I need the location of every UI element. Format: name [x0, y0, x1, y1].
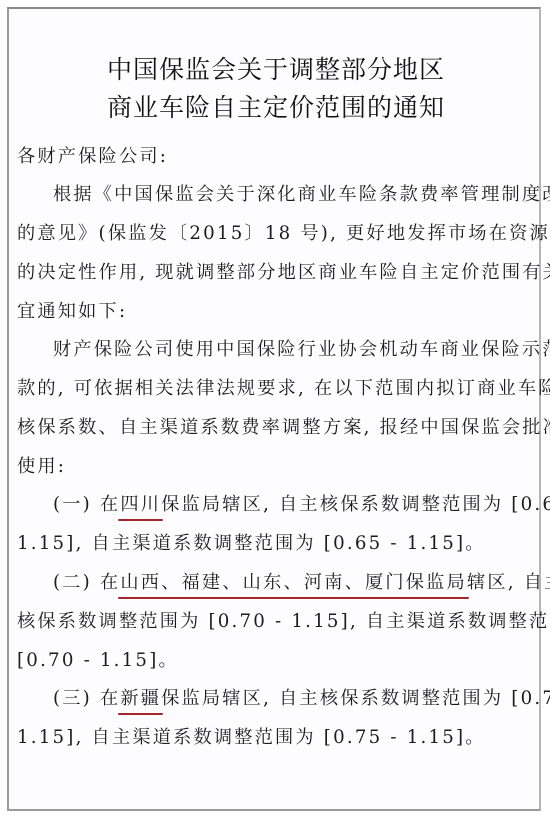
paragraph-1-line-1: 根据《中国保监会关于深化商业车险条款费率管理制度改革: [53, 180, 550, 206]
paragraph-2-line-3: 核保系数、自主渠道系数费率调整方案, 报经中国保监会批准后: [17, 413, 550, 439]
document-title-line-1: 中国保监会关于调整部分地区: [9, 50, 543, 86]
paragraph-1-line-2: 的意见》(保监发〔2015〕18 号), 更好地发挥市场在资源配置中: [17, 219, 550, 245]
paragraph-1-line-3: 的决定性作用, 现就调整部分地区商业车险自主定价范围有关事: [17, 258, 550, 284]
paragraph-2-line-2: 款的, 可依据相关法律法规要求, 在以下范围内拟订商业车险自主: [17, 374, 550, 400]
item-1-line-2: 1.15], 自主渠道系数调整范围为 [0.65 - 1.15]。: [17, 529, 486, 555]
item-2-line-3: [0.70 - 1.15]。: [17, 646, 179, 672]
paragraph-2-line-1: 财产保险公司使用中国保险行业协会机动车商业保险示范条: [53, 335, 550, 361]
item-2-line-1: (二) 在山西、福建、山东、河南、厦门保监局辖区, 自主: [53, 568, 550, 594]
item-1-prefix: (一) 在: [53, 494, 120, 515]
item-3-line-2: 1.15], 自主渠道系数调整范围为 [0.75 - 1.15]。: [17, 723, 486, 749]
item-2-prefix: (二) 在: [53, 572, 120, 593]
item-1-line-1: (一) 在四川保监局辖区, 自主核保系数调整范围为 [0.65 -: [53, 490, 550, 516]
item-2-rest: 辖区, 自主: [467, 572, 550, 593]
item-3-region-underlined: 新疆: [120, 684, 161, 710]
salutation: 各财产保险公司:: [17, 142, 168, 168]
item-3-rest: 保监局辖区, 自主核保系数调整范围为 [0.75 -: [161, 688, 550, 709]
item-2-line-2: 核保系数调整范围为 [0.70 - 1.15], 自主渠道系数调整范围为: [17, 607, 550, 633]
paragraph-1-line-4: 宜通知如下:: [17, 297, 127, 323]
item-3-prefix: (三) 在: [53, 688, 120, 709]
item-3-line-1: (三) 在新疆保监局辖区, 自主核保系数调整范围为 [0.75 -: [53, 684, 550, 710]
document-page: 中国保监会关于调整部分地区 商业车险自主定价范围的通知 各财产保险公司: 根据《…: [7, 7, 541, 811]
item-2-region-underlined: 山西、福建、山东、河南、厦门保监局: [120, 568, 467, 594]
document-title-line-2: 商业车险自主定价范围的通知: [9, 88, 543, 124]
item-1-region-underlined: 四川: [120, 490, 161, 516]
paragraph-2-line-4: 使用:: [17, 452, 66, 478]
item-1-rest: 保监局辖区, 自主核保系数调整范围为 [0.65 -: [161, 494, 550, 515]
